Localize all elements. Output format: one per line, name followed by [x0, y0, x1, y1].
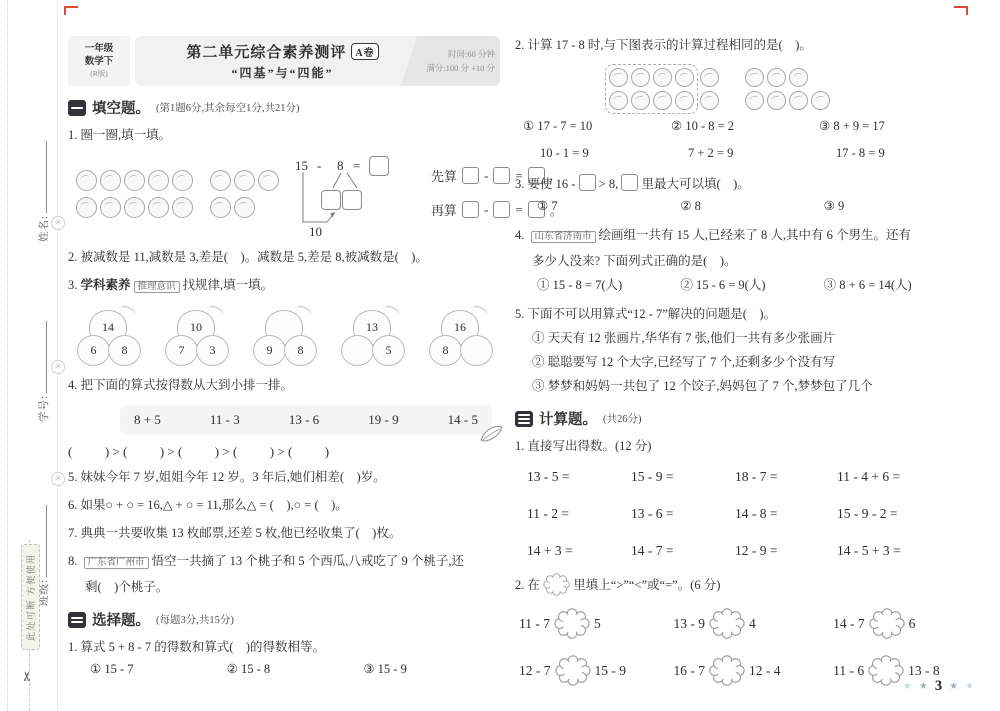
decompose-box-right[interactable]: [342, 190, 362, 210]
gourd-right-value[interactable]: 8: [108, 335, 141, 366]
apple-row: [76, 197, 279, 218]
section-two-icon: [68, 612, 86, 628]
cloud-blank[interactable]: [709, 655, 745, 686]
comparison-grid: 11 - 75 13 - 94 14 - 76 12 - 715 - 9 16 …: [515, 608, 967, 686]
options-row: ① 15 - 7 ② 15 - 8 ③ 15 - 9: [68, 661, 500, 677]
gourd-left-value[interactable]: [341, 335, 374, 366]
question-s1-6: 6. 如果○ + ○ = 16,△ + ○ = 11,那么△ = ( ),○ =…: [68, 494, 500, 516]
cut-here-tag: 此处可断 方便使用: [21, 544, 40, 650]
apple-icon: [258, 170, 279, 191]
question-s1-5: 5. 妹妹今年 7 岁,姐姐今年 12 岁。3 年后,她们相差( )岁。: [68, 466, 500, 488]
right-column: 2. 计算 17 - 8 时,与下图表示的计算过程相同的是( )。 ① 17 -…: [515, 34, 967, 686]
minus-sign: -: [317, 158, 321, 174]
expression: 11 - 3: [210, 412, 240, 428]
apple-icon: [789, 68, 808, 87]
expression: 19 - 9: [368, 412, 398, 428]
question-text: 绘画组一共有 15 人,已经来了 8 人,其中有 6 个男生。还有: [599, 228, 912, 242]
minus-sign: -: [484, 168, 488, 184]
comparison-item: 16 - 712 - 4: [673, 655, 833, 686]
star-icon: ★: [903, 681, 912, 692]
section-choice: 选择题。 (每题3分,共15分): [68, 609, 500, 630]
apple-icon: [148, 170, 169, 191]
left-expression: 12 - 7: [519, 663, 551, 679]
margin-dotted-line-inner: [57, 0, 58, 711]
cloud-icon: [543, 573, 570, 596]
dashed-circle-group: [605, 64, 698, 114]
left-expression: 14 - 7: [833, 616, 865, 632]
calc-item[interactable]: 14 - 8 =: [735, 506, 837, 522]
question-s1-1: 1. 圈一圈,填一填。: [68, 124, 500, 146]
options-row: ① 7 ② 8 ③ 9: [515, 198, 967, 214]
option-3[interactable]: ③ 8 + 6 = 14(人): [824, 275, 967, 293]
question-text: 2. 在: [515, 578, 540, 592]
cloud-blank[interactable]: [868, 655, 904, 686]
question-s2-4: 4. 山东省济南市绘画组一共有 15 人,已经来了 8 人,其中有 6 个男生。…: [515, 224, 967, 248]
expression-box: 8 + 5 11 - 3 13 - 6 19 - 9 14 - 5: [120, 405, 492, 435]
apple-circle-figure: 15 - 8 = 10 先算-=, 再算-=。: [76, 156, 500, 240]
cloud-blank[interactable]: [709, 608, 745, 639]
subtrahend-8: 8: [337, 158, 344, 174]
paper-title: 第二单元综合素养测评: [186, 41, 346, 62]
page-number: 3: [935, 678, 942, 695]
option-3[interactable]: ③ 梦梦和妈妈一共包了 12 个饺子,妈妈包了 7 个,梦梦包了几个: [515, 375, 967, 397]
gourd-figure: 1468: [72, 310, 144, 368]
ordering-answer-row[interactable]: ( ) > ( ) > ( ) > ( ) > ( ): [68, 444, 500, 460]
apple-icon: [700, 91, 719, 110]
calculation-grid: 13 - 5 =15 - 9 =18 - 7 =11 - 4 + 6 = 11 …: [515, 469, 967, 559]
question-s3-2: 2. 在 里填上“>”“<”或“=”。(6 分): [515, 573, 967, 596]
star-icon: ★: [949, 681, 958, 692]
question-text: 3. 要使 16 -: [515, 177, 575, 191]
cloud-blank[interactable]: [555, 655, 591, 686]
time-score-box: 时间:60 分钟 满分:100 分 +10 分: [401, 36, 500, 86]
apple-group-ten: [605, 64, 719, 114]
gourd-left-value[interactable]: 9: [253, 335, 286, 366]
right-expression: 15 - 9: [595, 663, 627, 679]
gourd-pattern-row: 1468 1073 98 135 168: [72, 310, 496, 368]
apple-icon: [675, 68, 694, 87]
apple-icon: [76, 170, 97, 191]
apple-icon: [172, 170, 193, 191]
question-text: 悟空一共摘了 13 个桃子和 5 个西瓜,八戒吃了 9 个桃子,还: [152, 554, 465, 568]
question-number: 3.: [68, 278, 77, 292]
options-two-line: ① 17 - 7 = 1010 - 1 = 9 ② 10 - 8 = 27 + …: [515, 118, 967, 161]
cloud-blank[interactable]: [554, 608, 590, 639]
gourd-figure: 1073: [160, 310, 232, 368]
option-1[interactable]: ① 15 - 8 = 7(人): [537, 275, 680, 293]
section-fill-in: 填空题。 (第1题6分,其余每空1分,共21分): [68, 97, 500, 118]
blank-box[interactable]: [621, 174, 638, 191]
right-expression: 4: [749, 616, 756, 632]
gourd-right-value[interactable]: 3: [196, 335, 229, 366]
apple-icon: [745, 91, 764, 110]
left-expression: 16 - 7: [673, 663, 705, 679]
calc-item[interactable]: 14 + 3 =: [527, 543, 631, 559]
page-footer: ★ ★ 3 ★ ★: [903, 678, 974, 695]
score-label: 满分:100 分 +10 分: [426, 61, 495, 75]
margin-dotted-line-outer: [7, 0, 8, 711]
perforation-flower-icon: ✳: [51, 472, 65, 486]
right-expression: 6: [909, 616, 916, 632]
left-expression: 13 - 9: [673, 616, 705, 632]
step-box[interactable]: [493, 167, 510, 184]
apple-icon: [234, 197, 255, 218]
apple-icon: [210, 170, 231, 191]
section-choice-title: 选择题。: [92, 609, 150, 630]
apple-row: [745, 68, 830, 87]
apple-icon: [653, 91, 672, 110]
question-s1-7: 7. 典典一共要收集 13 枚邮票,还差 5 枚,他已经收集了( )枚。: [68, 522, 500, 544]
gourd-left-value[interactable]: 8: [429, 335, 462, 366]
apple-row: [609, 91, 694, 110]
star-icon: ★: [919, 681, 928, 692]
option-3[interactable]: ③ 15 - 9: [363, 661, 500, 677]
apple-column-outside: [700, 68, 719, 110]
perforation-flower-icon: ✳: [51, 360, 65, 374]
options-row: ① 15 - 8 = 7(人) ② 15 - 6 = 9(人) ③ 8 + 6 …: [515, 275, 967, 293]
option-3[interactable]: ③ 8 + 9 = 1717 - 8 = 9: [819, 118, 967, 161]
literacy-badge-box: 推理意识: [134, 281, 180, 293]
step-box[interactable]: [462, 201, 479, 218]
comparison-item: 14 - 76: [833, 608, 967, 639]
question-s2-5: 5. 下面不可以用算式“12 - 7”解决的问题是( )。: [515, 303, 967, 325]
name-blank-line[interactable]: [37, 141, 47, 213]
apple-icon: [789, 91, 808, 110]
gourd-right-value[interactable]: 8: [284, 335, 317, 366]
apple-icon: [124, 197, 145, 218]
grade-box: 一年级 数学下 (R版): [68, 36, 130, 86]
section-fill-in-note: (第1题6分,其余每空1分,共21分): [156, 100, 300, 115]
option-1[interactable]: ① 天天有 12 张画片,华华有 7 张,他们一共有多少张画片: [515, 327, 967, 349]
apple-icon: [76, 197, 97, 218]
paper-a-badge: A卷: [351, 43, 378, 60]
option-3[interactable]: ③ 9: [824, 198, 967, 214]
option-1[interactable]: ① 15 - 7: [90, 661, 227, 677]
question-s1-2: 2. 被减数是 11,减数是 3,差是( )。减数是 5,差是 8,被减数是( …: [68, 246, 500, 268]
decompose-box-left[interactable]: [321, 190, 341, 210]
apple-icon: [100, 197, 121, 218]
scissors-icon: ✂: [19, 671, 35, 682]
apple-icon: [124, 170, 145, 191]
option-2[interactable]: ② 15 - 8: [227, 661, 364, 677]
expression: 14 - 5: [448, 412, 478, 428]
apple-icon: [767, 91, 786, 110]
section-three-icon: [515, 411, 533, 427]
section-calculation: 计算题。 (共26分): [515, 408, 967, 429]
minuend-15: 15: [295, 158, 308, 174]
left-column: 一年级 数学下 (R版) 第二单元综合素养测评 A卷 “四基”与“四能” 时间:…: [68, 36, 500, 677]
question-s1-8: 8. 广东省广州市悟空一共摘了 13 个桃子和 5 个西瓜,八戒吃了 9 个桃子…: [68, 550, 500, 574]
perforation-flower-icon: ✳: [51, 216, 65, 230]
question-s1-8-line2: 剩( )个桃子。: [68, 576, 500, 598]
grade-label: 一年级: [85, 43, 114, 56]
student-no-field[interactable]: 学号:: [36, 321, 51, 422]
question-text: > 8,: [596, 177, 619, 191]
right-expression: 12 - 4: [749, 663, 781, 679]
calc-item[interactable]: 15 - 9 - 2 =: [837, 506, 967, 522]
option-1[interactable]: ① 17 - 7 = 1010 - 1 = 9: [523, 118, 671, 161]
section-one-icon: [68, 100, 86, 116]
name-field[interactable]: 姓名:: [36, 141, 51, 242]
question-s2-2: 2. 计算 17 - 8 时,与下图表示的计算过程相同的是( )。: [515, 34, 967, 56]
gourd-left-value[interactable]: 6: [77, 335, 110, 366]
decomposition-diagram: 15 - 8 = 10: [295, 156, 415, 240]
option-2[interactable]: ② 10 - 8 = 27 + 2 = 9: [671, 118, 819, 161]
gourd-figure: 98: [248, 310, 320, 368]
equals-sign: =: [353, 158, 360, 174]
right-expression: 5: [594, 616, 601, 632]
apple-icon: [100, 170, 121, 191]
apple-icon: [767, 68, 786, 87]
then-calc-label: 再算: [431, 200, 457, 219]
edition-label: (R版): [90, 69, 108, 79]
question-s2-5-block: 5. 下面不可以用算式“12 - 7”解决的问题是( )。 ① 天天有 12 张…: [515, 303, 967, 397]
question-number: 8.: [68, 554, 77, 568]
question-text: 找规律,填一填。: [183, 278, 274, 292]
apple-row: [76, 170, 279, 191]
comparison-item: 12 - 715 - 9: [519, 655, 673, 686]
option-2[interactable]: ② 8: [680, 198, 823, 214]
apple-row: [745, 91, 830, 110]
literacy-badge-bold: 学科素养: [81, 278, 131, 292]
gourd-figure: 168: [424, 310, 496, 368]
calc-item[interactable]: 18 - 7 =: [735, 469, 837, 485]
question-s1-4: 4. 把下面的算式按得数从大到小排一排。: [68, 374, 500, 396]
paper-header: 一年级 数学下 (R版) 第二单元综合素养测评 A卷 “四基”与“四能” 时间:…: [68, 36, 500, 86]
question-s3-1: 1. 直接写出得数。(12 分): [515, 435, 967, 457]
corner-mark-right: [954, 6, 968, 15]
apple-icon: [811, 91, 830, 110]
question-s2-3: 3. 要使 16 - > 8, 里最大可以填( )。: [515, 173, 967, 195]
apple-icon: [700, 68, 719, 87]
option-1[interactable]: ① 7: [537, 198, 680, 214]
ten-label: 10: [309, 224, 322, 240]
region-badge: 广东省广州市: [84, 557, 149, 569]
question-s2-4-line2: 多少人没来? 下面列式正确的是( )。: [515, 250, 967, 272]
calc-item[interactable]: 15 - 9 =: [631, 469, 735, 485]
apple-grid: [76, 170, 279, 218]
apple-icon: [653, 68, 672, 87]
paper-subtitle: “四基”与“四能”: [231, 64, 333, 81]
calc-item[interactable]: 11 - 2 =: [527, 506, 631, 522]
apple-group-seven: [745, 68, 830, 110]
question-text: 里最大可以填( )。: [638, 177, 749, 191]
name-label: 姓名:: [39, 215, 50, 242]
first-calc-label: 先算: [431, 166, 457, 185]
right-expression: 13 - 8: [908, 663, 940, 679]
student-no-label: 学号:: [39, 395, 50, 422]
question-s2-1: 1. 算式 5 + 8 - 7 的得数和算式( )的得数相等。: [68, 636, 500, 658]
subject-label: 数学下: [85, 56, 114, 69]
comparison-item: 13 - 94: [673, 608, 833, 639]
gourd-figure: 135: [336, 310, 408, 368]
calc-item[interactable]: 14 - 5 + 3 =: [837, 543, 967, 559]
apple-row: [609, 68, 694, 87]
expression: 13 - 6: [289, 412, 319, 428]
calc-item[interactable]: 11 - 4 + 6 =: [837, 469, 967, 485]
section-calculation-note: (共26分): [603, 411, 642, 426]
star-icon: ★: [965, 681, 974, 692]
gourd-right-value[interactable]: 5: [372, 335, 405, 366]
leaf-icon: [478, 423, 504, 443]
section-fill-in-title: 填空题。: [92, 97, 150, 118]
gourd-right-value[interactable]: [460, 335, 493, 366]
apple-process-figure: [605, 64, 967, 114]
section-calculation-title: 计算题。: [539, 408, 597, 429]
blank-box[interactable]: [579, 174, 596, 191]
apple-icon: [210, 197, 231, 218]
apple-icon: [234, 170, 255, 191]
question-number: 4.: [515, 228, 524, 242]
comparison-item: 11 - 75: [519, 608, 673, 639]
section-choice-note: (每题3分,共15分): [156, 612, 234, 627]
apple-icon: [631, 91, 650, 110]
step-box[interactable]: [493, 201, 510, 218]
apple-icon: [148, 197, 169, 218]
apple-icon: [675, 91, 694, 110]
region-badge: 山东省济南市: [531, 231, 596, 243]
question-text: 里填上“>”“<”或“=”。(6 分): [573, 578, 720, 592]
step-box[interactable]: [462, 167, 479, 184]
minus-sign: -: [484, 202, 488, 218]
apple-icon: [631, 68, 650, 87]
cloud-blank[interactable]: [869, 608, 905, 639]
gourd-left-value[interactable]: 7: [165, 335, 198, 366]
apple-icon: [609, 91, 628, 110]
apple-icon: [172, 197, 193, 218]
option-2[interactable]: ② 15 - 6 = 9(人): [680, 275, 823, 293]
calc-item[interactable]: 13 - 5 =: [527, 469, 631, 485]
apple-icon: [745, 68, 764, 87]
calc-item[interactable]: 13 - 6 =: [631, 506, 735, 522]
apple-icon: [609, 68, 628, 87]
option-2[interactable]: ② 聪聪要写 12 个大字,已经写了 7 个,还剩多少个没有写: [515, 351, 967, 373]
student-no-blank-line[interactable]: [37, 321, 47, 393]
class-label: 班级:: [39, 579, 50, 606]
time-label: 时间:60 分钟: [448, 47, 495, 61]
answer-box[interactable]: [369, 156, 389, 176]
title-box: 第二单元综合素养测评 A卷 “四基”与“四能” 时间:60 分钟 满分:100 …: [135, 36, 500, 86]
expression: 8 + 5: [134, 412, 161, 428]
corner-mark-left: [64, 6, 78, 15]
calc-item[interactable]: 14 - 7 =: [631, 543, 735, 559]
question-s1-3: 3. 学科素养推理意识找规律,填一填。: [68, 274, 500, 298]
calc-item[interactable]: 12 - 9 =: [735, 543, 837, 559]
left-expression: 11 - 6: [833, 663, 864, 679]
left-expression: 11 - 7: [519, 616, 550, 632]
